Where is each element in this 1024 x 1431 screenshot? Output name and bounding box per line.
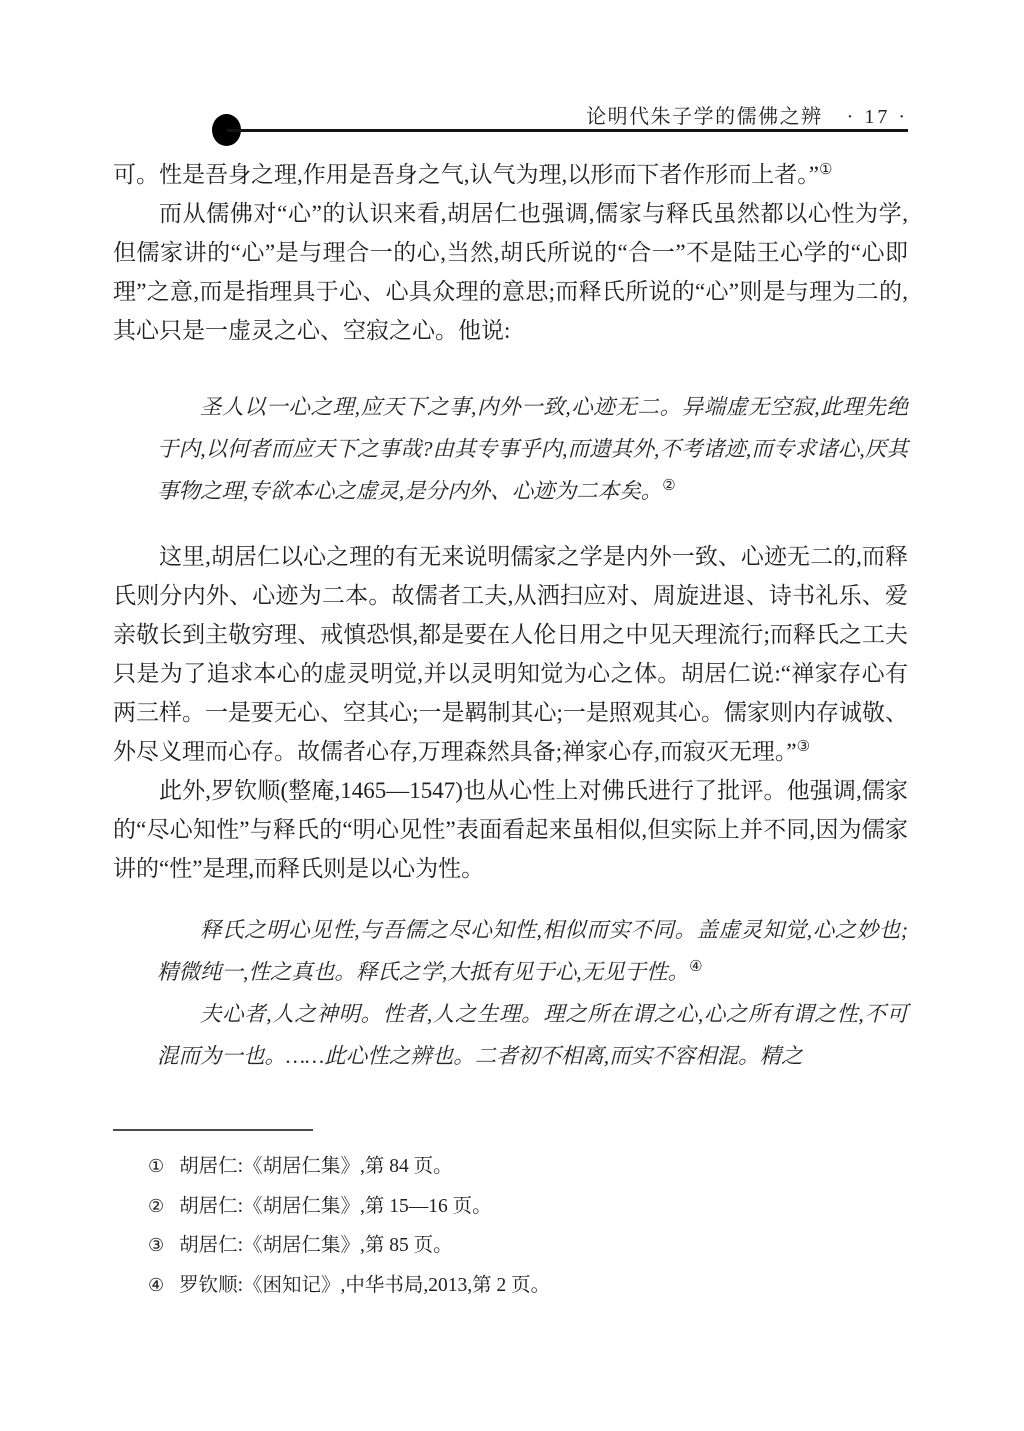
paragraph: 而从儒佛对“心”的认识来看,胡居仁也强调,儒家与释氏虽然都以心性为学,但儒家讲的… bbox=[113, 194, 908, 350]
paragraph: 这里,胡居仁以心之理的有无来说明儒家之学是内外一致、心迹无二的,而释氏则分内外、… bbox=[113, 537, 908, 771]
footnote-text: 胡居仁:《胡居仁集》,第 85 页。 bbox=[179, 1235, 453, 1256]
footnote-text: 胡居仁:《胡居仁集》,第 84 页。 bbox=[179, 1156, 453, 1177]
footnote-separator bbox=[113, 1129, 313, 1131]
paragraph-continuation: 可。性是吾身之理,作用是吾身之气,认气为理,以形而下者作形而上者。”① bbox=[113, 155, 908, 194]
paragraph: 此外,罗钦顺(整庵,1465—1547)也从心性上对佛氏进行了批评。他强调,儒家… bbox=[113, 771, 908, 888]
page-header: 论明代朱子学的儒佛之辨· 17 · bbox=[586, 100, 908, 129]
block-quote-2: 释氏之明心见性,与吾儒之尽心知性,相似而实不同。盖虚灵知觉,心之妙也;精微纯一,… bbox=[157, 909, 908, 993]
footnote-item: ①胡居仁:《胡居仁集》,第 84 页。 bbox=[148, 1147, 908, 1187]
footnote-ref-3: ③ bbox=[797, 739, 810, 755]
footnote-ref-1: ① bbox=[819, 162, 832, 178]
quote-text: 夫心者,人之神明。性者,人之生理。理之所在谓之心,心之所有谓之性,不可混而为一也… bbox=[157, 1002, 908, 1068]
paragraph-text: 可。性是吾身之理,作用是吾身之气,认气为理,以形而下者作形而上者。” bbox=[113, 162, 819, 187]
header-rule bbox=[227, 129, 908, 132]
paragraph-text: 这里,胡居仁以心之理的有无来说明儒家之学是内外一致、心迹无二的,而释氏则分内外、… bbox=[113, 544, 908, 764]
footnote-marker: ④ bbox=[148, 1266, 164, 1306]
footnote-item: ④罗钦顺:《困知记》,中华书局,2013,第 2 页。 bbox=[148, 1266, 908, 1306]
quote-text: 释氏之明心见性,与吾儒之尽心知性,相似而实不同。盖虚灵知觉,心之妙也;精微纯一,… bbox=[157, 918, 908, 984]
footnote-area: ①胡居仁:《胡居仁集》,第 84 页。 ②胡居仁:《胡居仁集》,第 15—16 … bbox=[148, 1147, 908, 1305]
body-text-column: 可。性是吾身之理,作用是吾身之气,认气为理,以形而下者作形而上者。”① 而从儒佛… bbox=[113, 155, 908, 1077]
footnote-marker: ③ bbox=[148, 1226, 164, 1266]
footnote-item: ②胡居仁:《胡居仁集》,第 15—16 页。 bbox=[148, 1187, 908, 1227]
running-title: 论明代朱子学的儒佛之辨 bbox=[586, 106, 823, 128]
block-quote-1: 圣人以一心之理,应天下之事,内外一致,心迹无二。异端虚无空寂,此理先绝于内,以何… bbox=[157, 386, 908, 512]
book-page: 论明代朱子学的儒佛之辨· 17 · 可。性是吾身之理,作用是吾身之气,认气为理,… bbox=[0, 0, 1024, 1431]
page-number: · 17 · bbox=[847, 106, 908, 128]
block-quote-3: 夫心者,人之神明。性者,人之生理。理之所在谓之心,心之所有谓之性,不可混而为一也… bbox=[157, 993, 908, 1077]
footnote-marker: ② bbox=[148, 1187, 164, 1227]
footnote-item: ③胡居仁:《胡居仁集》,第 85 页。 bbox=[148, 1226, 908, 1266]
footnote-ref-2: ② bbox=[662, 478, 675, 494]
footnote-marker: ① bbox=[148, 1147, 164, 1187]
footnote-ref-4: ④ bbox=[689, 959, 702, 975]
footnote-text: 罗钦顺:《困知记》,中华书局,2013,第 2 页。 bbox=[179, 1275, 550, 1296]
quote-text: 圣人以一心之理,应天下之事,内外一致,心迹无二。异端虚无空寂,此理先绝于内,以何… bbox=[157, 395, 908, 503]
footnote-text: 胡居仁:《胡居仁集》,第 15—16 页。 bbox=[179, 1196, 492, 1217]
